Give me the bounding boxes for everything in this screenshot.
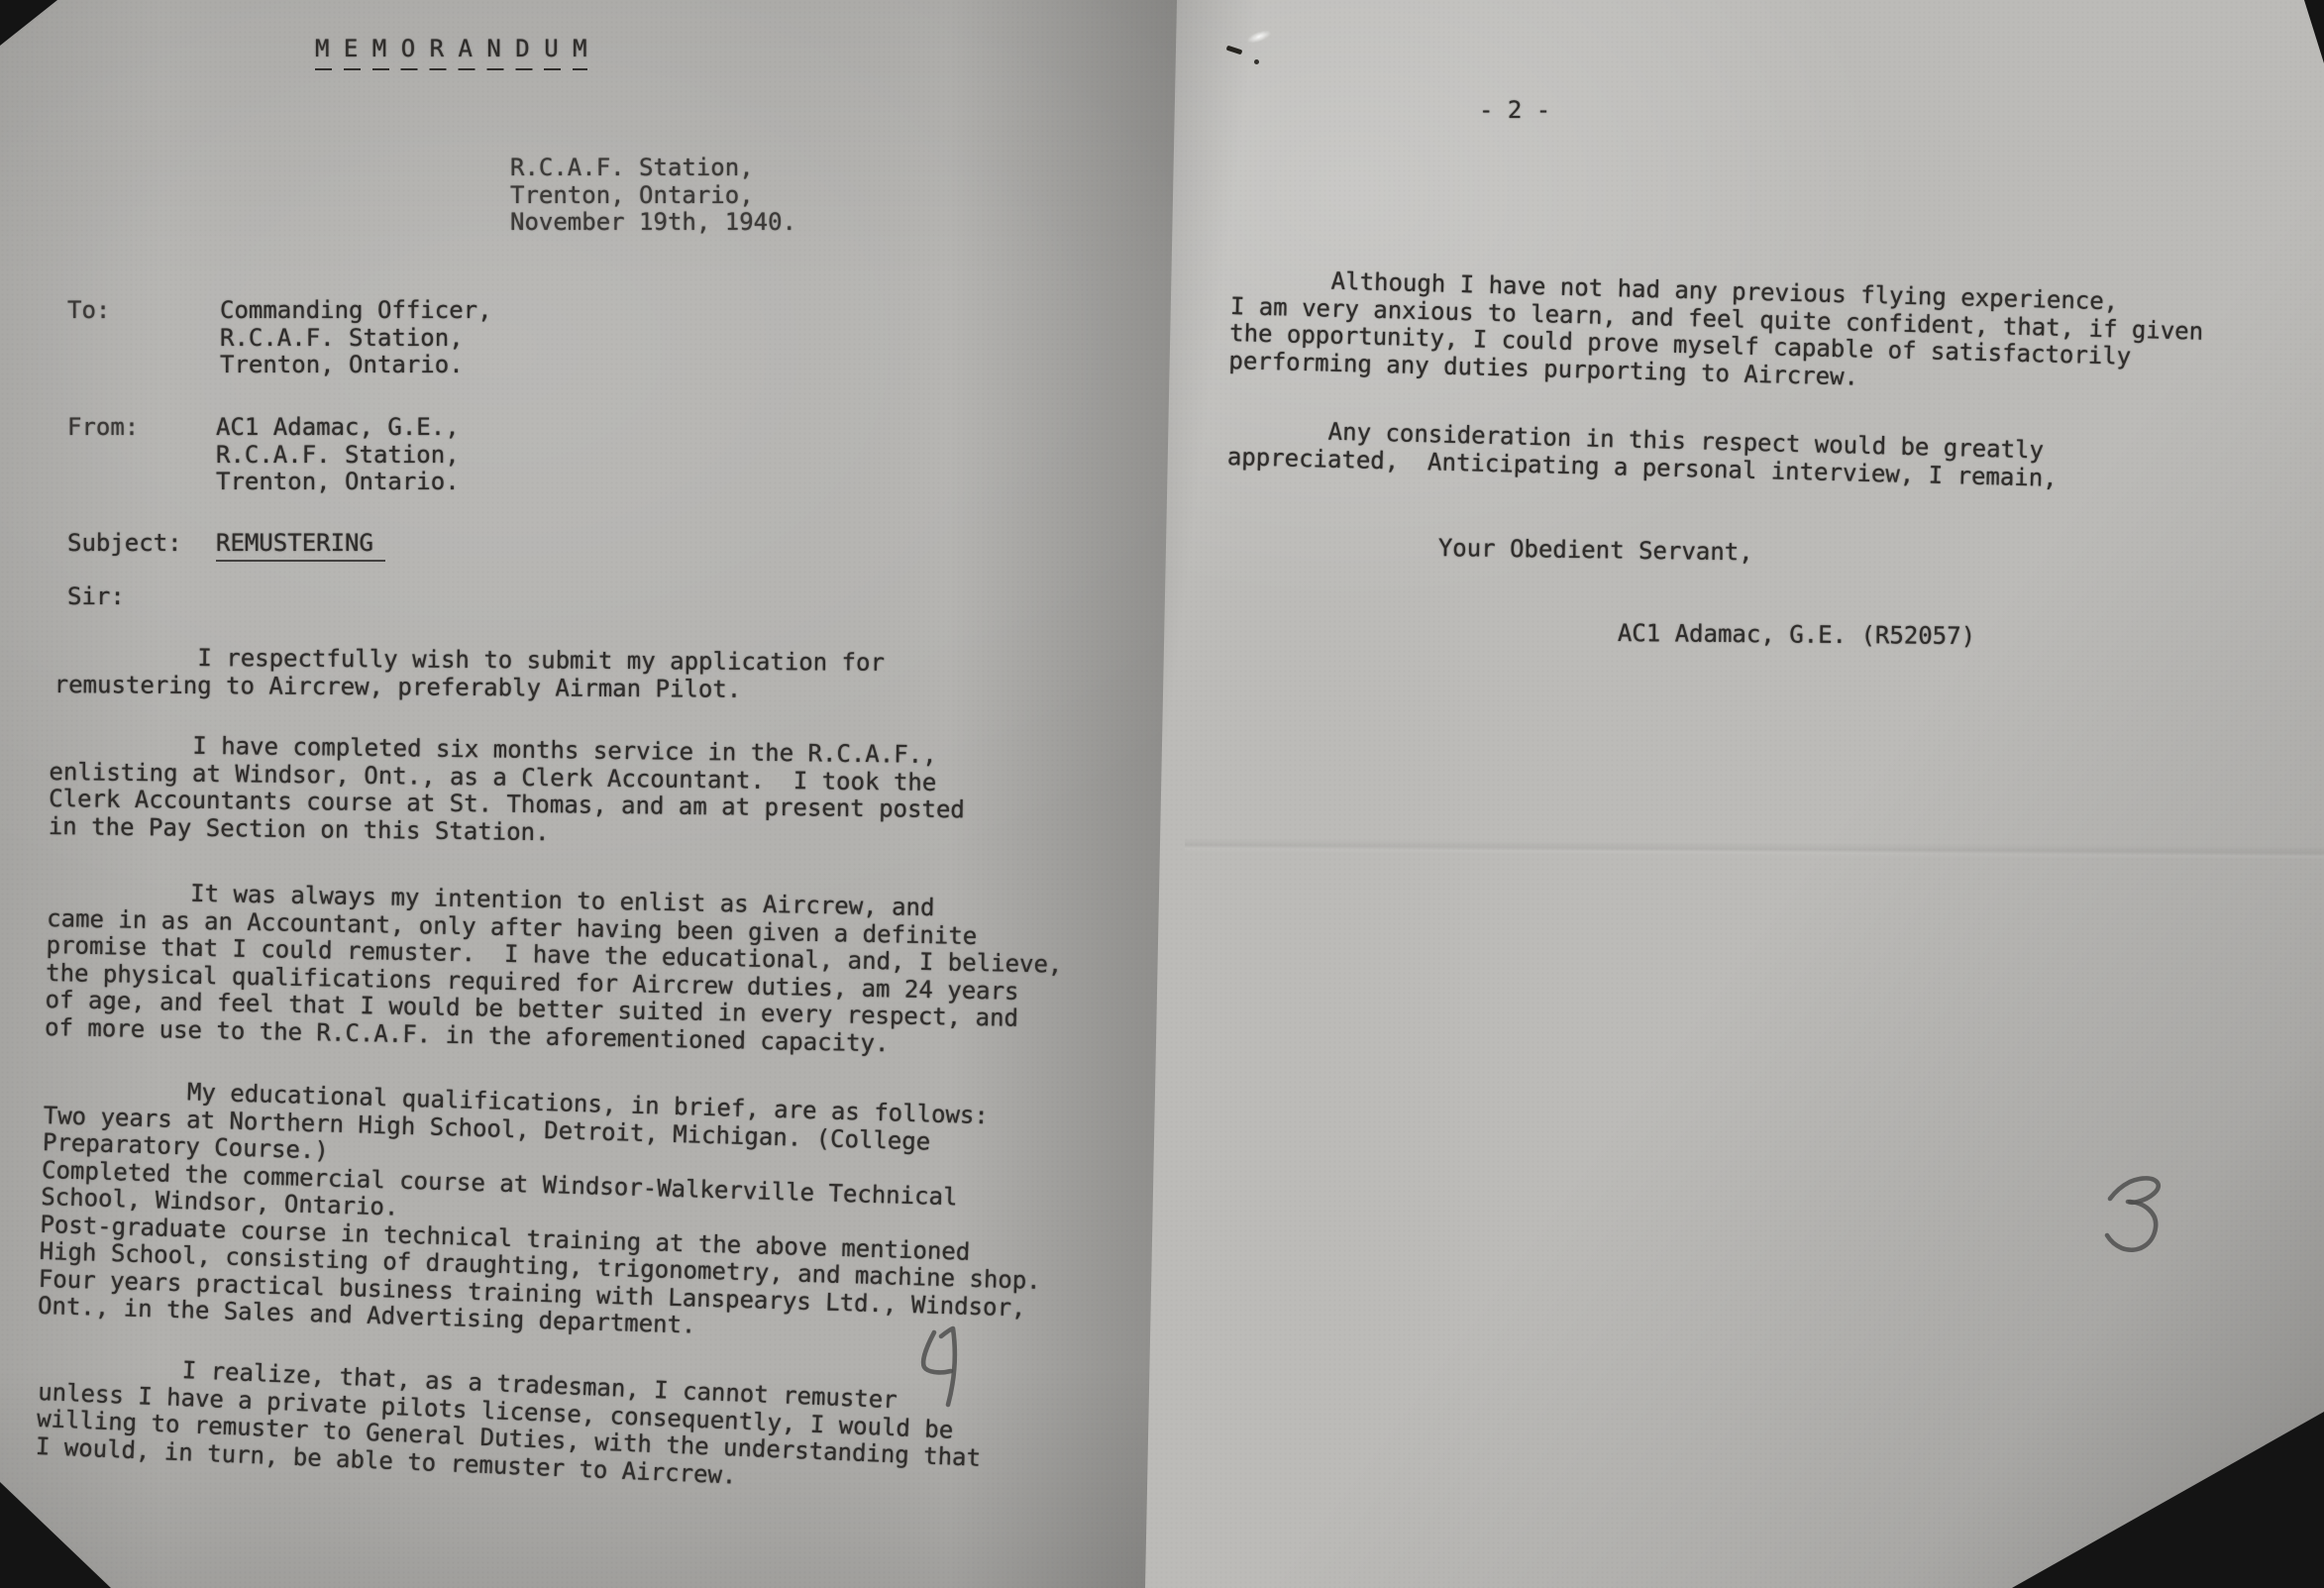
salutation: Sir: — [67, 583, 125, 611]
signature-line: AC1 Adamac, G.E. (R52057) — [1618, 620, 1975, 651]
from-label: From: — [67, 414, 139, 442]
paragraph-3: It was always my intention to enlist as … — [45, 878, 1064, 1061]
station-address: R.C.A.F. Station, Trenton, Ontario, Nove… — [510, 155, 796, 237]
paragraph-5: I realize, that, as a tradesman, I canno… — [35, 1351, 983, 1500]
paragraph-6: Although I have not had any previous fly… — [1228, 265, 2204, 400]
handwritten-pencil-4 — [917, 1325, 967, 1409]
page-number: - 2 - — [1479, 97, 1550, 125]
paragraph-1: I respectfully wish to submit my applica… — [54, 644, 885, 704]
dust-speck — [1254, 59, 1259, 64]
to-value: Commanding Officer, R.C.A.F. Station, Tr… — [220, 297, 492, 379]
paragraph-2: I have completed six months service in t… — [49, 731, 966, 851]
memo-page-2: - 2 - Although I have not had any previo… — [1139, 0, 2324, 1588]
to-label: To: — [67, 297, 110, 325]
paragraph-4: My educational qualifications, in brief,… — [38, 1075, 1046, 1349]
scanned-memorandum: { "scan": { "page1": { "title": "M E M O… — [0, 0, 2324, 1588]
memo-title: M E M O R A N D U M — [315, 36, 587, 70]
handwritten-pencil-3 — [2102, 1169, 2167, 1268]
closing-line: Your Obedient Servant, — [1438, 535, 1753, 567]
from-value: AC1 Adamac, G.E., R.C.A.F. Station, Tren… — [216, 414, 460, 496]
subject-text: REMUSTERING — [216, 529, 385, 562]
memo-page-1: M E M O R A N D U M R.C.A.F. Station, Tr… — [0, 0, 1185, 1588]
paragraph-7: Any consideration in this respect would … — [1227, 416, 2059, 492]
subject-value: REMUSTERING — [216, 530, 385, 558]
subject-label: Subject: — [67, 530, 182, 558]
